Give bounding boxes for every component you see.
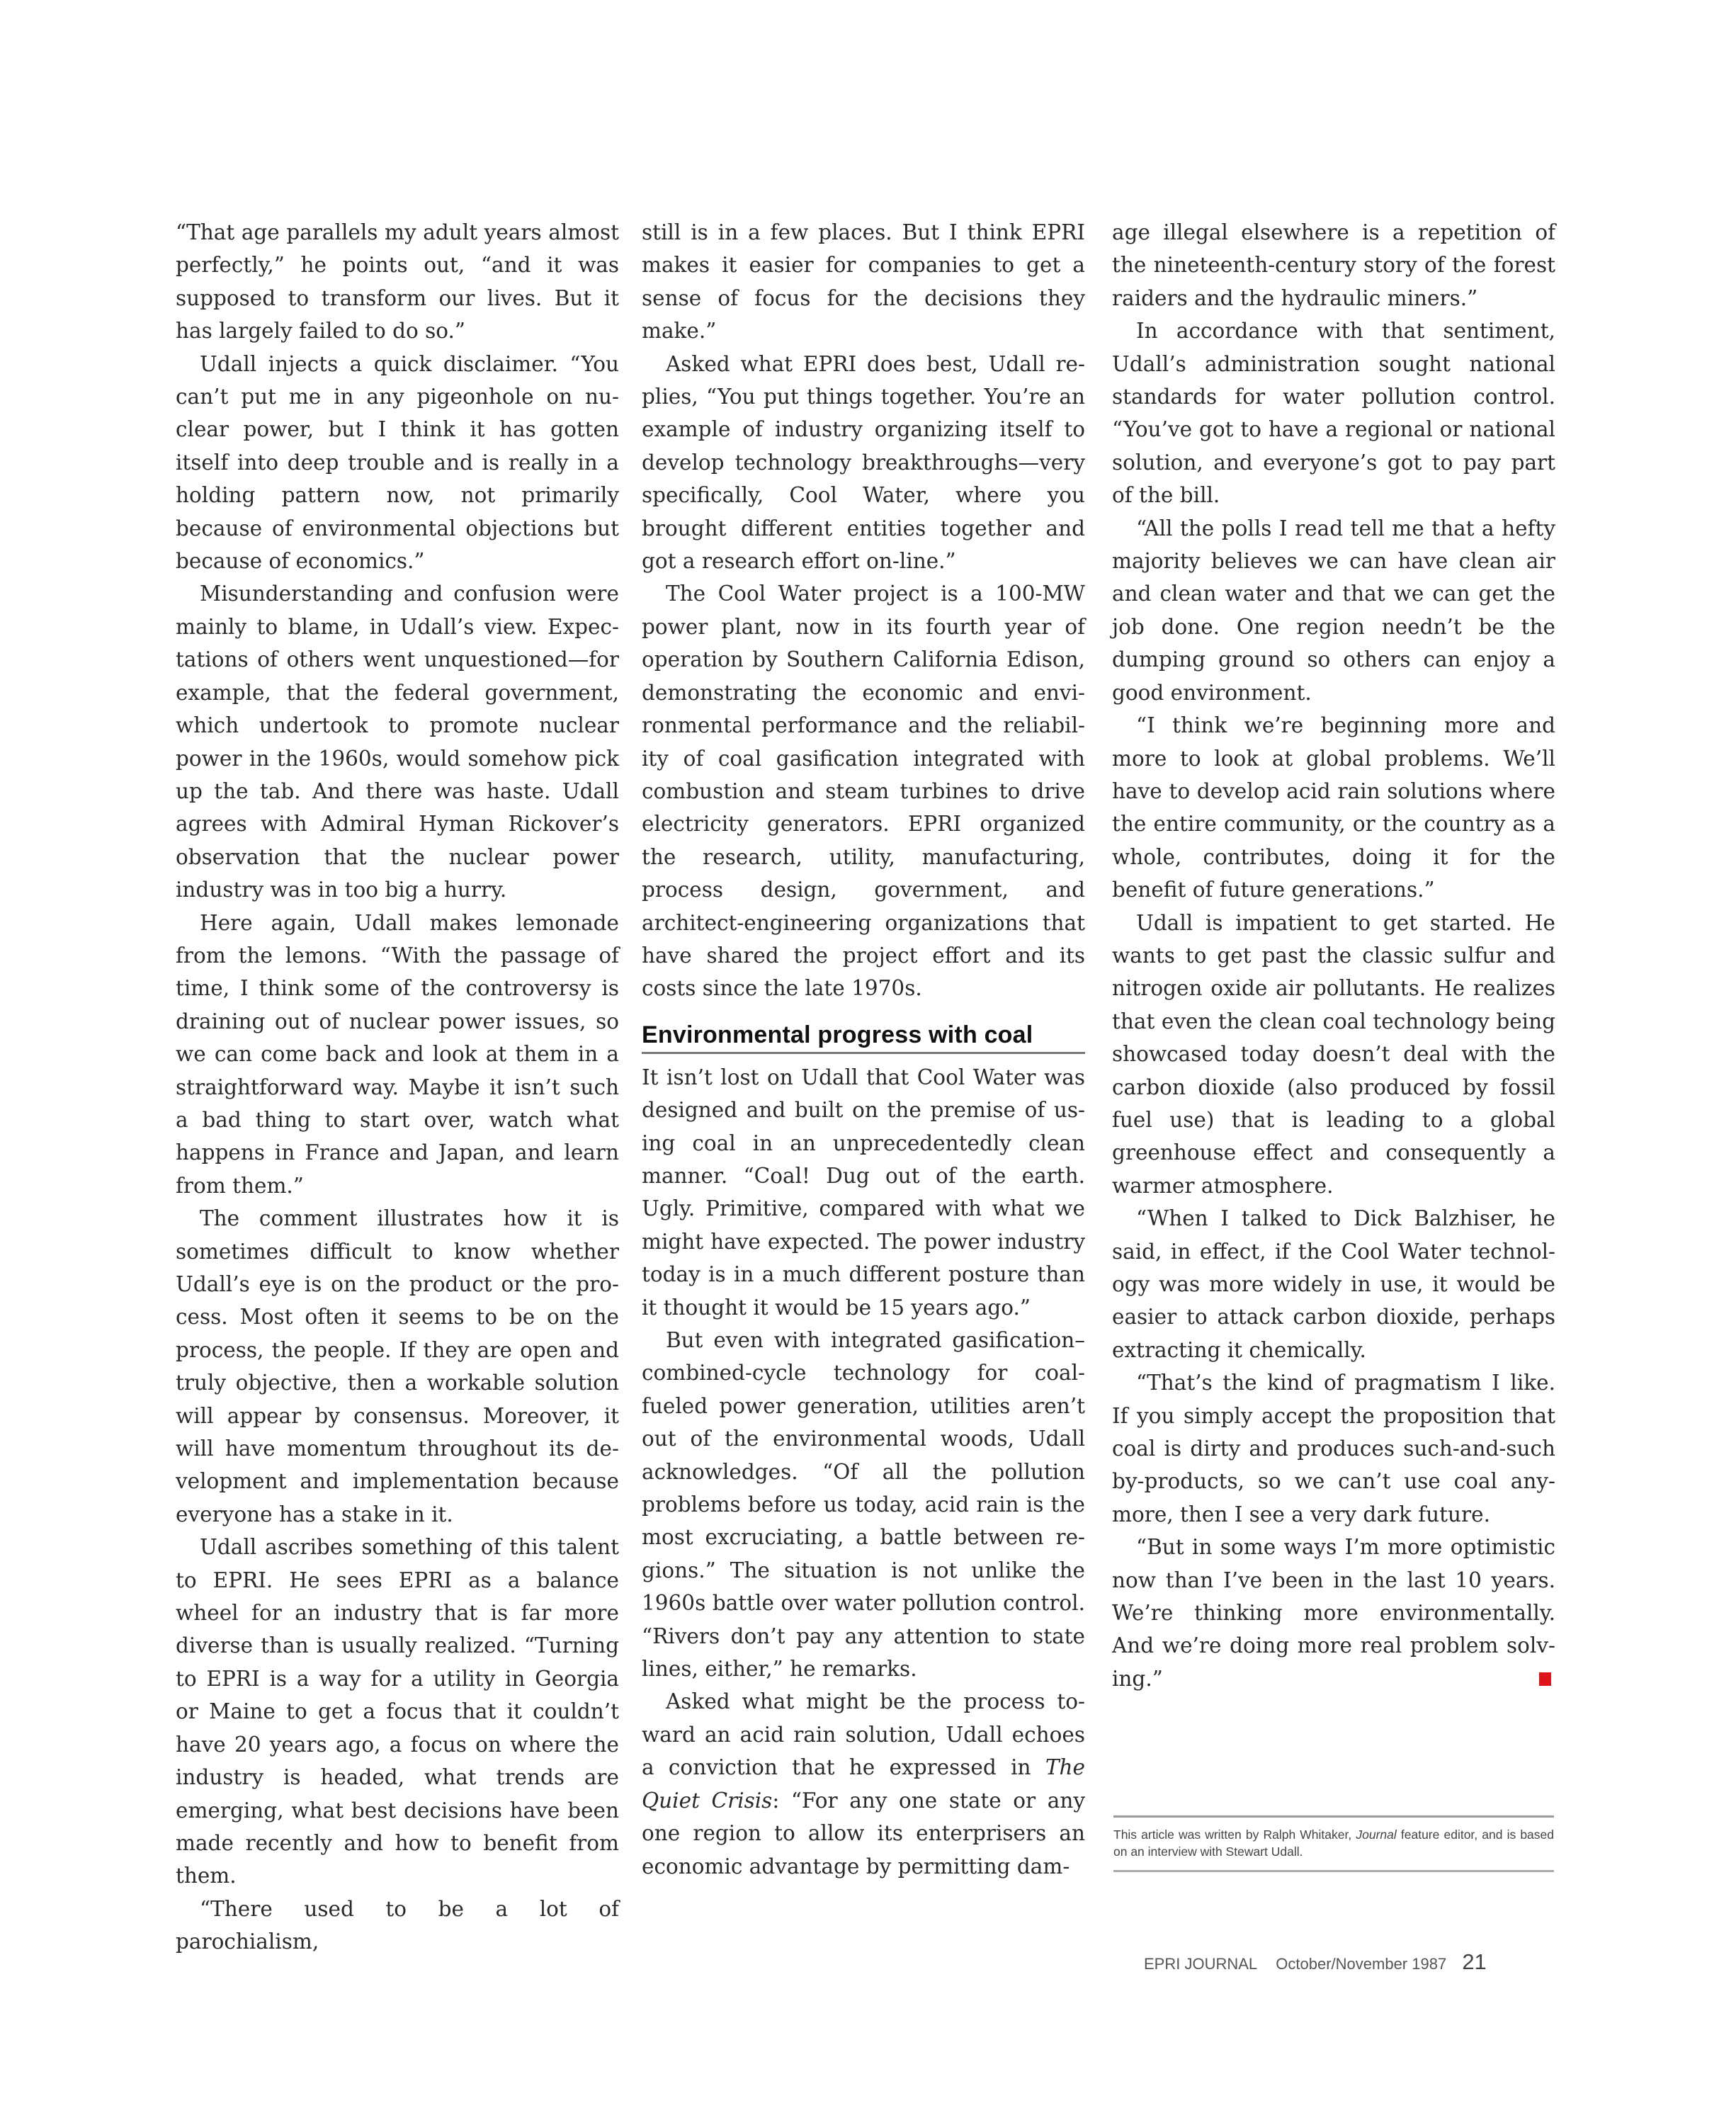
paragraph: It isn’t lost on Udall that Cool Water w… [642, 1061, 1085, 1324]
paragraph: “There used to be a lot of parochialism, [176, 1893, 619, 1959]
paragraph-text: Asked what might be the process to­ward … [642, 1689, 1085, 1779]
paragraph: “That’s the kind of pragmatism I like. I… [1112, 1366, 1555, 1531]
paragraph: “I think we’re beginning more and more t… [1112, 709, 1555, 906]
paragraph: The comment illustrates how it is someti… [176, 1202, 619, 1531]
paragraph: Udall injects a quick disclaimer. “You c… [176, 348, 619, 578]
right-column: age illegal elsewhere is a repetition of… [1112, 216, 1555, 1695]
page-footer: EPRI JOURNAL October/November 1987 21 [1144, 1949, 1487, 1975]
paragraph: “But in some ways I’m more optimistic no… [1112, 1531, 1555, 1695]
end-mark-icon [1539, 1672, 1551, 1686]
paragraph: The Cool Water project is a 100-MW power… [642, 577, 1085, 1004]
paragraph: Asked what might be the process to­ward … [642, 1685, 1085, 1882]
paragraph: still is in a few places. But I think EP… [642, 216, 1085, 348]
publication-name: EPRI JOURNAL [1144, 1955, 1257, 1973]
paragraph: “When I talked to Dick Balzhiser, he sai… [1112, 1202, 1555, 1366]
paragraph: age illegal elsewhere is a repetition of… [1112, 216, 1555, 314]
paragraph: In accordance with that sentiment, Udall… [1112, 314, 1555, 511]
paragraph: “All the polls I read tell me that a hef… [1112, 512, 1555, 709]
paragraph: Udall is impatient to get started. He wa… [1112, 907, 1555, 1203]
page-number: 21 [1462, 1949, 1486, 1974]
middle-column: still is in a few places. But I think EP… [642, 216, 1085, 1883]
paragraph: “That age parallels my adult years almos… [176, 216, 619, 348]
paragraph-text: “But in some ways I’m more optimistic no… [1112, 1535, 1555, 1691]
paragraph: Udall ascribes something of this talent … [176, 1531, 619, 1892]
issue-date: October/November 1987 [1276, 1955, 1446, 1973]
footnote-text: This article was written by Ralph Whitak… [1113, 1827, 1356, 1842]
paragraph: Asked what EPRI does best, Udall re­plie… [642, 348, 1085, 578]
footnote-journal: Journal [1356, 1827, 1396, 1842]
section-heading: Environmental progress with coal [642, 1021, 1085, 1054]
paragraph: Here again, Udall makes lemonade from th… [176, 907, 619, 1203]
left-column: “That age parallels my adult years almos… [176, 216, 619, 1959]
quote-continuation: economic advantage by permitting dam- [642, 1854, 1070, 1878]
paragraph: Misunderstanding and confusion were main… [176, 577, 619, 906]
author-footnote: This article was written by Ralph Whitak… [1113, 1815, 1554, 1872]
paragraph: But even with integrated gasification–co… [642, 1324, 1085, 1685]
